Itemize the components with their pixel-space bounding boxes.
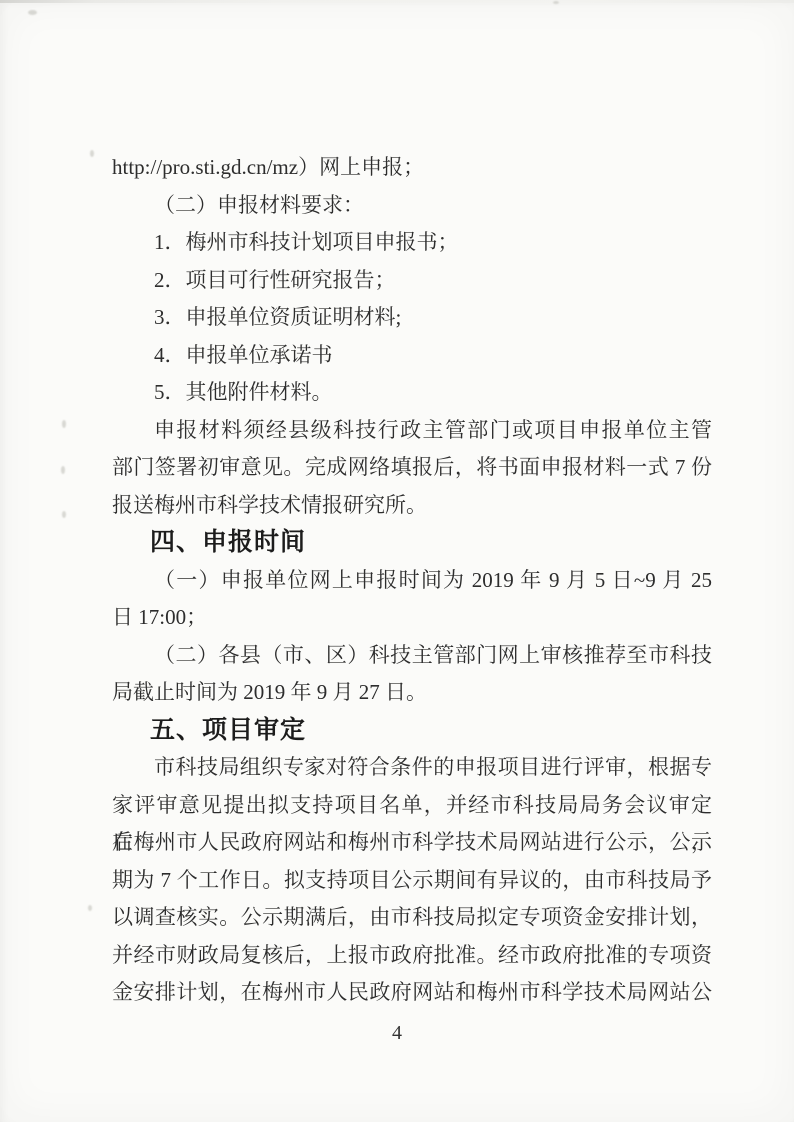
text-line: 在梅州市人民政府网站和梅州市科学技术局网站进行公示，公示	[112, 824, 712, 862]
text-line: 金安排计划，在梅州市人民政府网站和梅州市科学技术局网站公	[112, 974, 712, 1012]
text-line: http://pro.sti.gd.cn/mz）网上申报；	[112, 149, 712, 187]
text-line: 并经市财政局复核后，上报市政府批准。经市政府批准的专项资	[112, 937, 712, 975]
text-line: （二）各县（市、区）科技主管部门网上审核推荐至市科技	[112, 637, 712, 675]
page-number: 4	[0, 1020, 794, 1046]
list-item: 3．申报单位资质证明材料;	[112, 299, 712, 337]
text-line: 以调查核实。公示期满后，由市科技局拟定专项资金安排计划，	[112, 899, 712, 937]
list-item: 2．项目可行性研究报告；	[112, 262, 712, 300]
text-line: （一）申报单位网上申报时间为 2019 年 9 月 5 日~9 月 25	[112, 562, 712, 600]
document-body: http://pro.sti.gd.cn/mz）网上申报； （二）申报材料要求：…	[112, 149, 712, 1012]
text-line: 申报材料须经县级科技行政主管部门或项目申报单位主管	[112, 412, 712, 450]
section-heading: 五、项目审定	[112, 712, 712, 750]
list-item: 5．其他附件材料。	[112, 374, 712, 412]
text-line: 报送梅州市科学技术情报研究所。	[112, 487, 712, 525]
list-item: 4．申报单位承诺书	[112, 337, 712, 375]
scan-speck	[90, 150, 94, 157]
text-line: 家评审意见提出拟支持项目名单，并经市科技局局务会议审定后，	[112, 787, 712, 825]
scan-speck	[61, 466, 65, 474]
scan-speck	[88, 905, 92, 911]
scan-speck	[553, 1, 559, 4]
section-heading: 四、申报时间	[112, 524, 712, 562]
text-line: 市科技局组织专家对符合条件的申报项目进行评审，根据专	[112, 749, 712, 787]
text-line: 日 17:00；	[112, 599, 712, 637]
scan-speck	[62, 420, 66, 428]
scan-edge-shadow	[0, 0, 794, 3]
list-item: 1．梅州市科技计划项目申报书；	[112, 224, 712, 262]
scan-speck	[28, 10, 37, 15]
text-line: 期为 7 个工作日。拟支持项目公示期间有异议的，由市科技局予	[112, 862, 712, 900]
text-line: （二）申报材料要求：	[112, 187, 712, 225]
text-line: 局截止时间为 2019 年 9 月 27 日。	[112, 674, 712, 712]
scan-speck	[62, 511, 66, 518]
text-line: 部门签署初审意见。完成网络填报后，将书面申报材料一式 7 份	[112, 449, 712, 487]
scanned-document-page: http://pro.sti.gd.cn/mz）网上申报； （二）申报材料要求：…	[0, 0, 794, 1122]
